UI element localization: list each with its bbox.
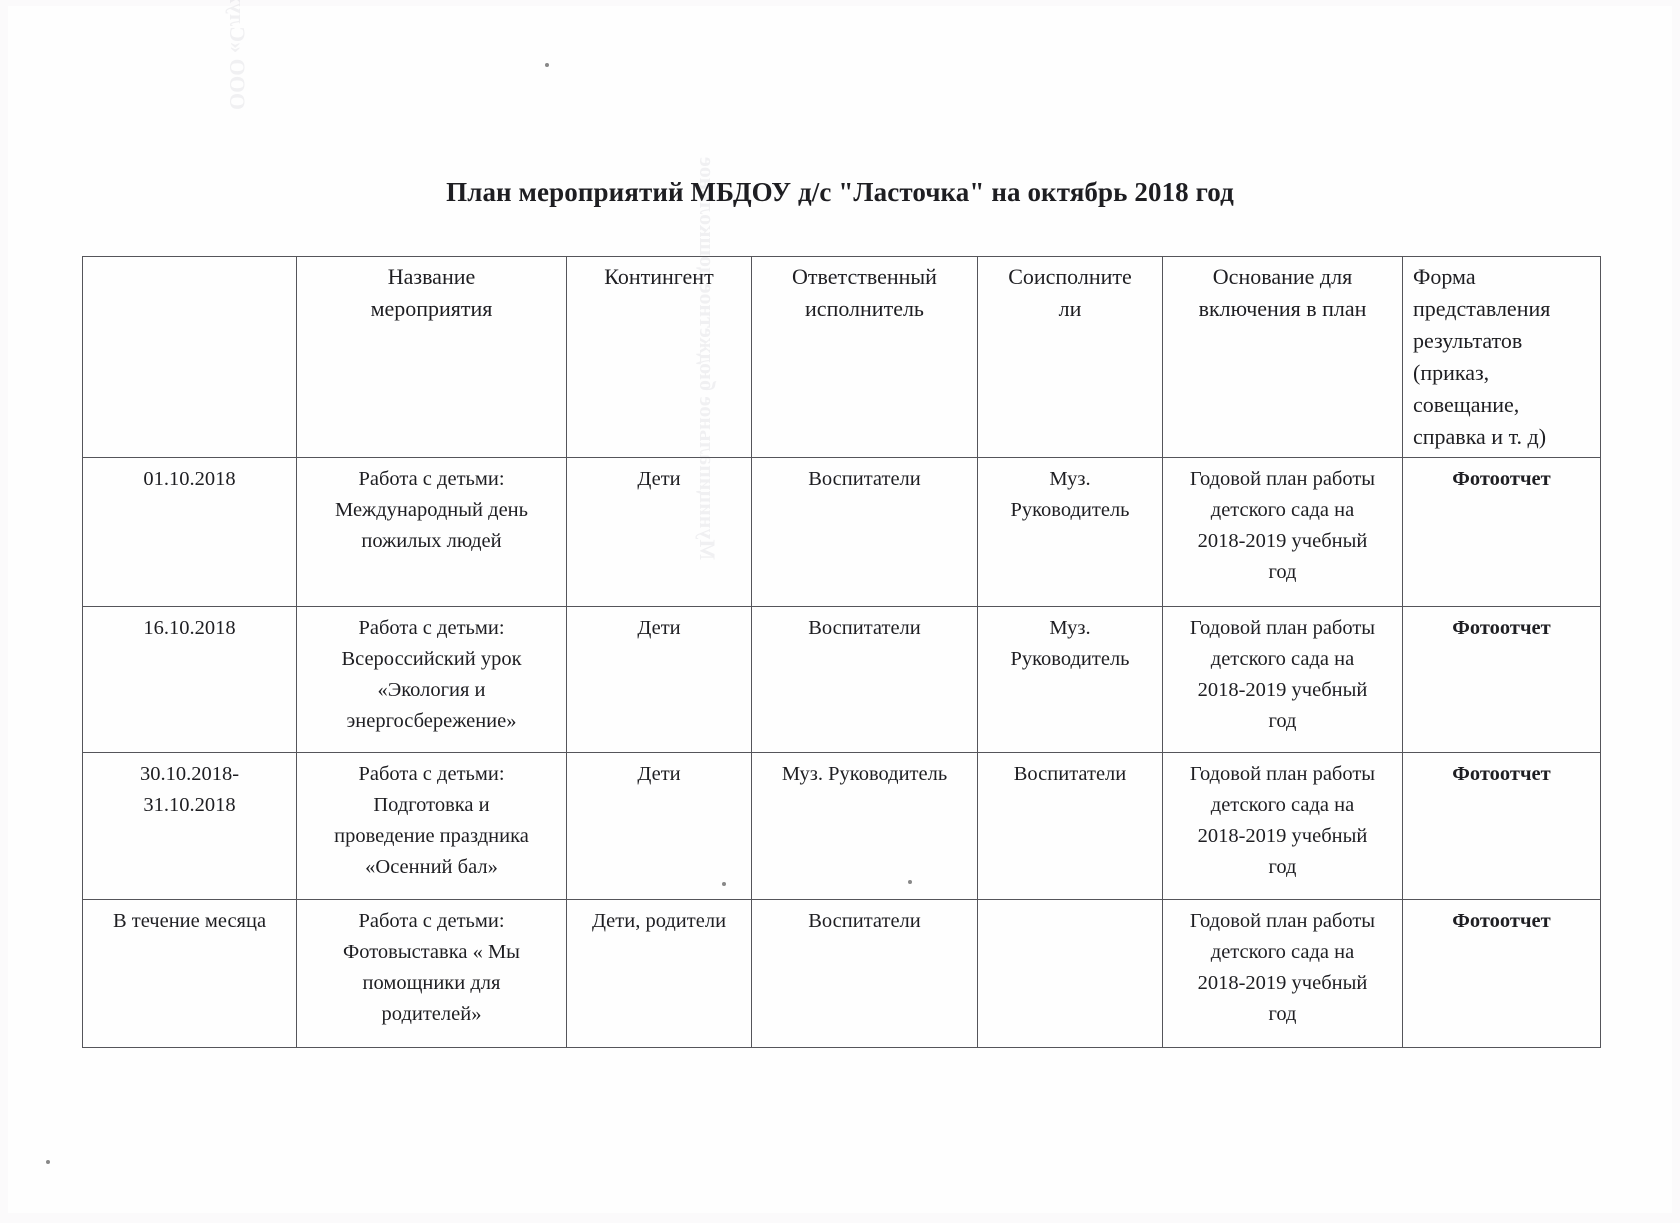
cell-date: 30.10.2018- 31.10.2018	[83, 753, 297, 900]
cell-date: В течение месяца	[83, 900, 297, 1048]
event-plan-table: Название мероприятия Контингент Ответств…	[82, 256, 1601, 1048]
cell-contingent: Дети	[567, 458, 752, 607]
cell-responsible: Воспитатели	[752, 900, 978, 1048]
table-row: 30.10.2018- 31.10.2018 Работа с детьми: …	[83, 753, 1601, 900]
header-co-executors: Соисполните ли	[978, 257, 1163, 458]
cell-result-form: Фотоотчет	[1403, 458, 1601, 607]
cell-responsible: Воспитатели	[752, 607, 978, 753]
cell-responsible: Воспитатели	[752, 458, 978, 607]
document-title: План мероприятий МБДОУ д/с "Ласточка" на…	[0, 177, 1680, 208]
cell-event: Работа с детьми: Международный день пожи…	[297, 458, 567, 607]
cell-contingent: Дети, родители	[567, 900, 752, 1048]
cell-responsible: Муз. Руководитель	[752, 753, 978, 900]
scan-speck	[545, 63, 549, 67]
header-result-form: Форма представления результатов (приказ,…	[1403, 257, 1601, 458]
header-contingent: Контингент	[567, 257, 752, 458]
cell-result-form: Фотоотчет	[1403, 900, 1601, 1048]
cell-event: Работа с детьми: Фотовыставка « Мы помощ…	[297, 900, 567, 1048]
header-date	[83, 257, 297, 458]
header-basis: Основание для включения в план	[1163, 257, 1403, 458]
cell-co-executors	[978, 900, 1163, 1048]
cell-basis: Годовой план работы детского сада на 201…	[1163, 607, 1403, 753]
table-row: 01.10.2018 Работа с детьми: Международны…	[83, 458, 1601, 607]
table-header-row: Название мероприятия Контингент Ответств…	[83, 257, 1601, 458]
cell-result-form: Фотоотчет	[1403, 753, 1601, 900]
cell-basis: Годовой план работы детского сада на 201…	[1163, 900, 1403, 1048]
cell-date: 01.10.2018	[83, 458, 297, 607]
cell-result-form: Фотоотчет	[1403, 607, 1601, 753]
cell-event: Работа с детьми: Всероссийский урок «Эко…	[297, 607, 567, 753]
cell-date: 16.10.2018	[83, 607, 297, 753]
cell-event: Работа с детьми: Подготовка и проведение…	[297, 753, 567, 900]
header-responsible: Ответственный исполнитель	[752, 257, 978, 458]
scan-speck	[46, 1160, 50, 1164]
cell-co-executors: Муз. Руководитель	[978, 458, 1163, 607]
table-row: 16.10.2018 Работа с детьми: Всероссийски…	[83, 607, 1601, 753]
table-row: В течение месяца Работа с детьми: Фотовы…	[83, 900, 1601, 1048]
cell-contingent: Дети	[567, 753, 752, 900]
cell-basis: Годовой план работы детского сада на 201…	[1163, 458, 1403, 607]
cell-basis: Годовой план работы детского сада на 201…	[1163, 753, 1403, 900]
cell-co-executors: Муз. Руководитель	[978, 607, 1163, 753]
header-event-name: Название мероприятия	[297, 257, 567, 458]
cell-co-executors: Воспитатели	[978, 753, 1163, 900]
cell-contingent: Дети	[567, 607, 752, 753]
